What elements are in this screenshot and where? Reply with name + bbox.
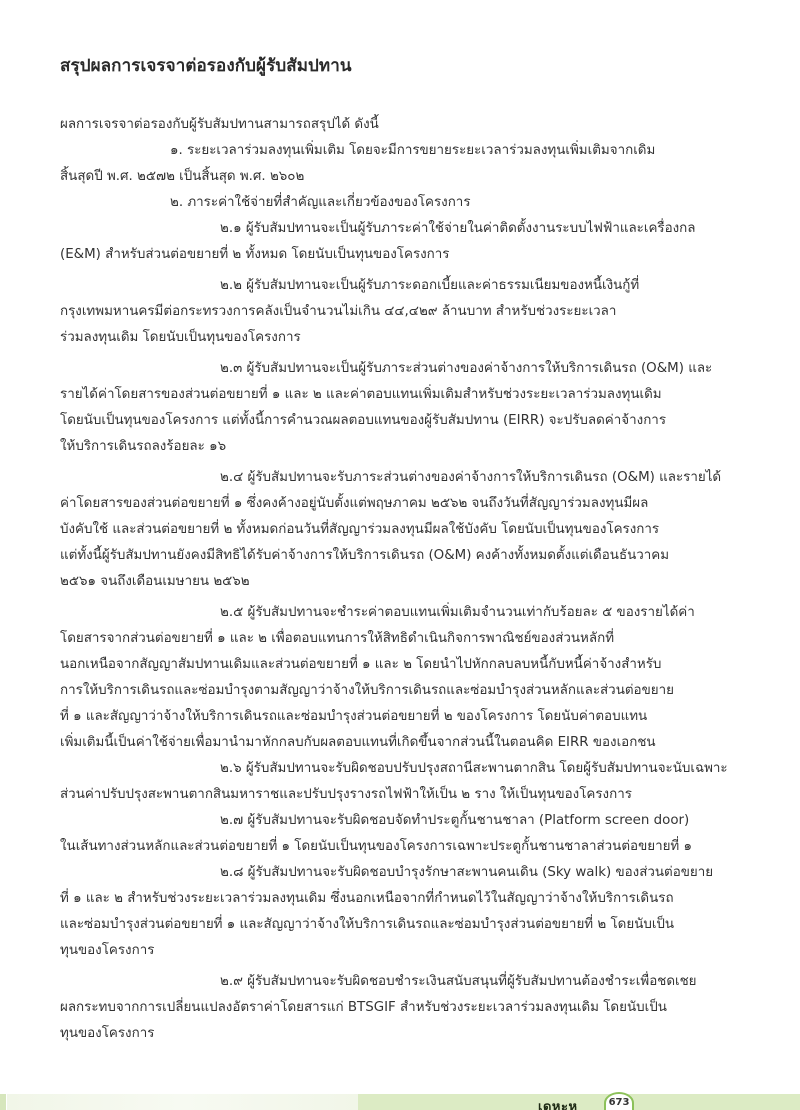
item-2-3-continuation: โดยนับเป็นทุนของโครงการ แต่ทั้งนี้การคำน… [60, 408, 750, 434]
item-2-7-heading: ๒.๗ ผู้รับสัมปทานจะรับผิดชอบจัดทำประตูกั… [60, 808, 750, 834]
item-2-4-heading: ๒.๔ ผู้รับสัมปทานจะรับภาระส่วนต่างของค่า… [60, 465, 750, 491]
item-2-4-continuation: บังคับใช้ และส่วนต่อขยายที่ ๒ ทั้งหมดก่อ… [60, 517, 750, 543]
item-2-5-continuation: นอกเหนือจากสัญญาสัมปทานเดิมและส่วนต่อขยา… [60, 652, 750, 678]
item-2-9-continuation: ผลกระทบจากการเปลี่ยนแปลงอัตราค่าโดยสารแก… [60, 995, 750, 1021]
item-2-1-heading: ๒.๑ ผู้รับสัมปทานจะเป็นผู้รับภาระค่าใช้จ… [60, 216, 750, 242]
item-2-7-continuation: ในเส้นทางส่วนหลักและส่วนต่อขยายที่ ๑ โดย… [60, 834, 750, 860]
item-1-heading: ๑. ระยะเวลาร่วมลงทุนเพิ่มเติม โดยจะมีการ… [60, 138, 750, 164]
item-2-3-continuation: รายได้ค่าโดยสารของส่วนต่อขยายที่ ๑ และ ๒… [60, 382, 750, 408]
item-2-8-continuation: และซ่อมบำรุงส่วนต่อขยายที่ ๑ และสัญญาว่า… [60, 912, 750, 938]
footer-accent-strip [0, 1094, 6, 1110]
document-page: สรุปผลการเจรจาต่อรองกับผู้รับสัมปทาน ผลก… [0, 0, 800, 1090]
item-2-1-continuation: (E&M) สำหรับส่วนต่อขยายที่ ๒ ทั้งหมด โดย… [60, 242, 750, 268]
item-2-4-continuation: แต่ทั้งนี้ผู้รับสัมปทานยังคงมีสิทธิได้รั… [60, 543, 750, 569]
item-2-8-continuation: ที่ ๑ และ ๒ สำหรับช่วงระยะเวลาร่วมลงทุนเ… [60, 886, 750, 912]
item-1-continuation: สิ้นสุดปี พ.ศ. ๒๕๗๒ เป็นสิ้นสุด พ.ศ. ๒๖๐… [60, 164, 750, 190]
item-2-heading: ๒. ภาระค่าใช้จ่ายที่สำคัญและเกี่ยวข้องขอ… [60, 190, 750, 216]
item-2-5-continuation: โดยสารจากส่วนต่อขยายที่ ๑ และ ๒ เพื่อตอบ… [60, 626, 750, 652]
item-2-8-continuation: ทุนของโครงการ [60, 938, 750, 964]
page-number: 673 [606, 1094, 632, 1108]
item-2-9-continuation: ทุนของโครงการ [60, 1021, 750, 1047]
document-title: สรุปผลการเจรจาต่อรองกับผู้รับสัมปทาน [60, 52, 352, 79]
item-2-8-heading: ๒.๘ ผู้รับสัมปทานจะรับผิดชอบบำรุงรักษาสะ… [60, 860, 750, 886]
item-2-4-continuation: ๒๕๖๑ จนถึงเดือนเมษายน ๒๕๖๒ [60, 569, 750, 595]
item-2-3-continuation: ให้บริการเดินรถลงร้อยละ ๑๖ [60, 434, 750, 460]
item-2-2-heading: ๒.๒ ผู้รับสัมปทานจะเป็นผู้รับภาระดอกเบี้… [60, 273, 750, 299]
item-2-6-heading: ๒.๖ ผู้รับสัมปทานจะรับผิดชอบปรับปรุงสถาน… [60, 756, 750, 782]
page-number-badge: 673 [604, 1092, 634, 1110]
item-2-2-continuation: กรุงเทพมหานครมีต่อกระทรวงการคลังเป็นจำนว… [60, 299, 750, 325]
document-body: ผลการเจรจาต่อรองกับผู้รับสัมปทานสามารถสร… [60, 112, 750, 1047]
item-2-6-continuation: ส่วนค่าปรับปรุงสะพานตากสินมหาราชและปรับป… [60, 782, 750, 808]
footer-pale-band [7, 1094, 359, 1110]
paragraph-intro: ผลการเจรจาต่อรองกับผู้รับสัมปทานสามารถสร… [60, 112, 750, 138]
item-2-4-continuation: ค่าโดยสารของส่วนต่อขยายที่ ๑ ซึ่งคงค้างอ… [60, 491, 750, 517]
item-2-5-continuation: ที่ ๑ และสัญญาว่าจ้างให้บริการเดินรถและซ… [60, 704, 750, 730]
footer-label: เดหะห [538, 1096, 578, 1110]
item-2-5-continuation: การให้บริการเดินรถและซ่อมบำรุงตามสัญญาว่… [60, 678, 750, 704]
item-2-3-heading: ๒.๓ ผู้รับสัมปทานจะเป็นผู้รับภาระส่วนต่า… [60, 356, 750, 382]
footer-green-band [358, 1094, 800, 1110]
page-footer: เดหะห 673 [0, 1094, 800, 1110]
item-2-5-continuation: เพิ่มเติมนี้เป็นค่าใช้จ่ายเพื่อมานำมาหัก… [60, 730, 750, 756]
item-2-5-heading: ๒.๕ ผู้รับสัมปทานจะชำระค่าตอบแทนเพิ่มเติ… [60, 600, 750, 626]
item-2-9-heading: ๒.๙ ผู้รับสัมปทานจะรับผิดชอบชำระเงินสนับ… [60, 969, 750, 995]
item-2-2-continuation: ร่วมลงทุนเดิม โดยนับเป็นทุนของโครงการ [60, 325, 750, 351]
